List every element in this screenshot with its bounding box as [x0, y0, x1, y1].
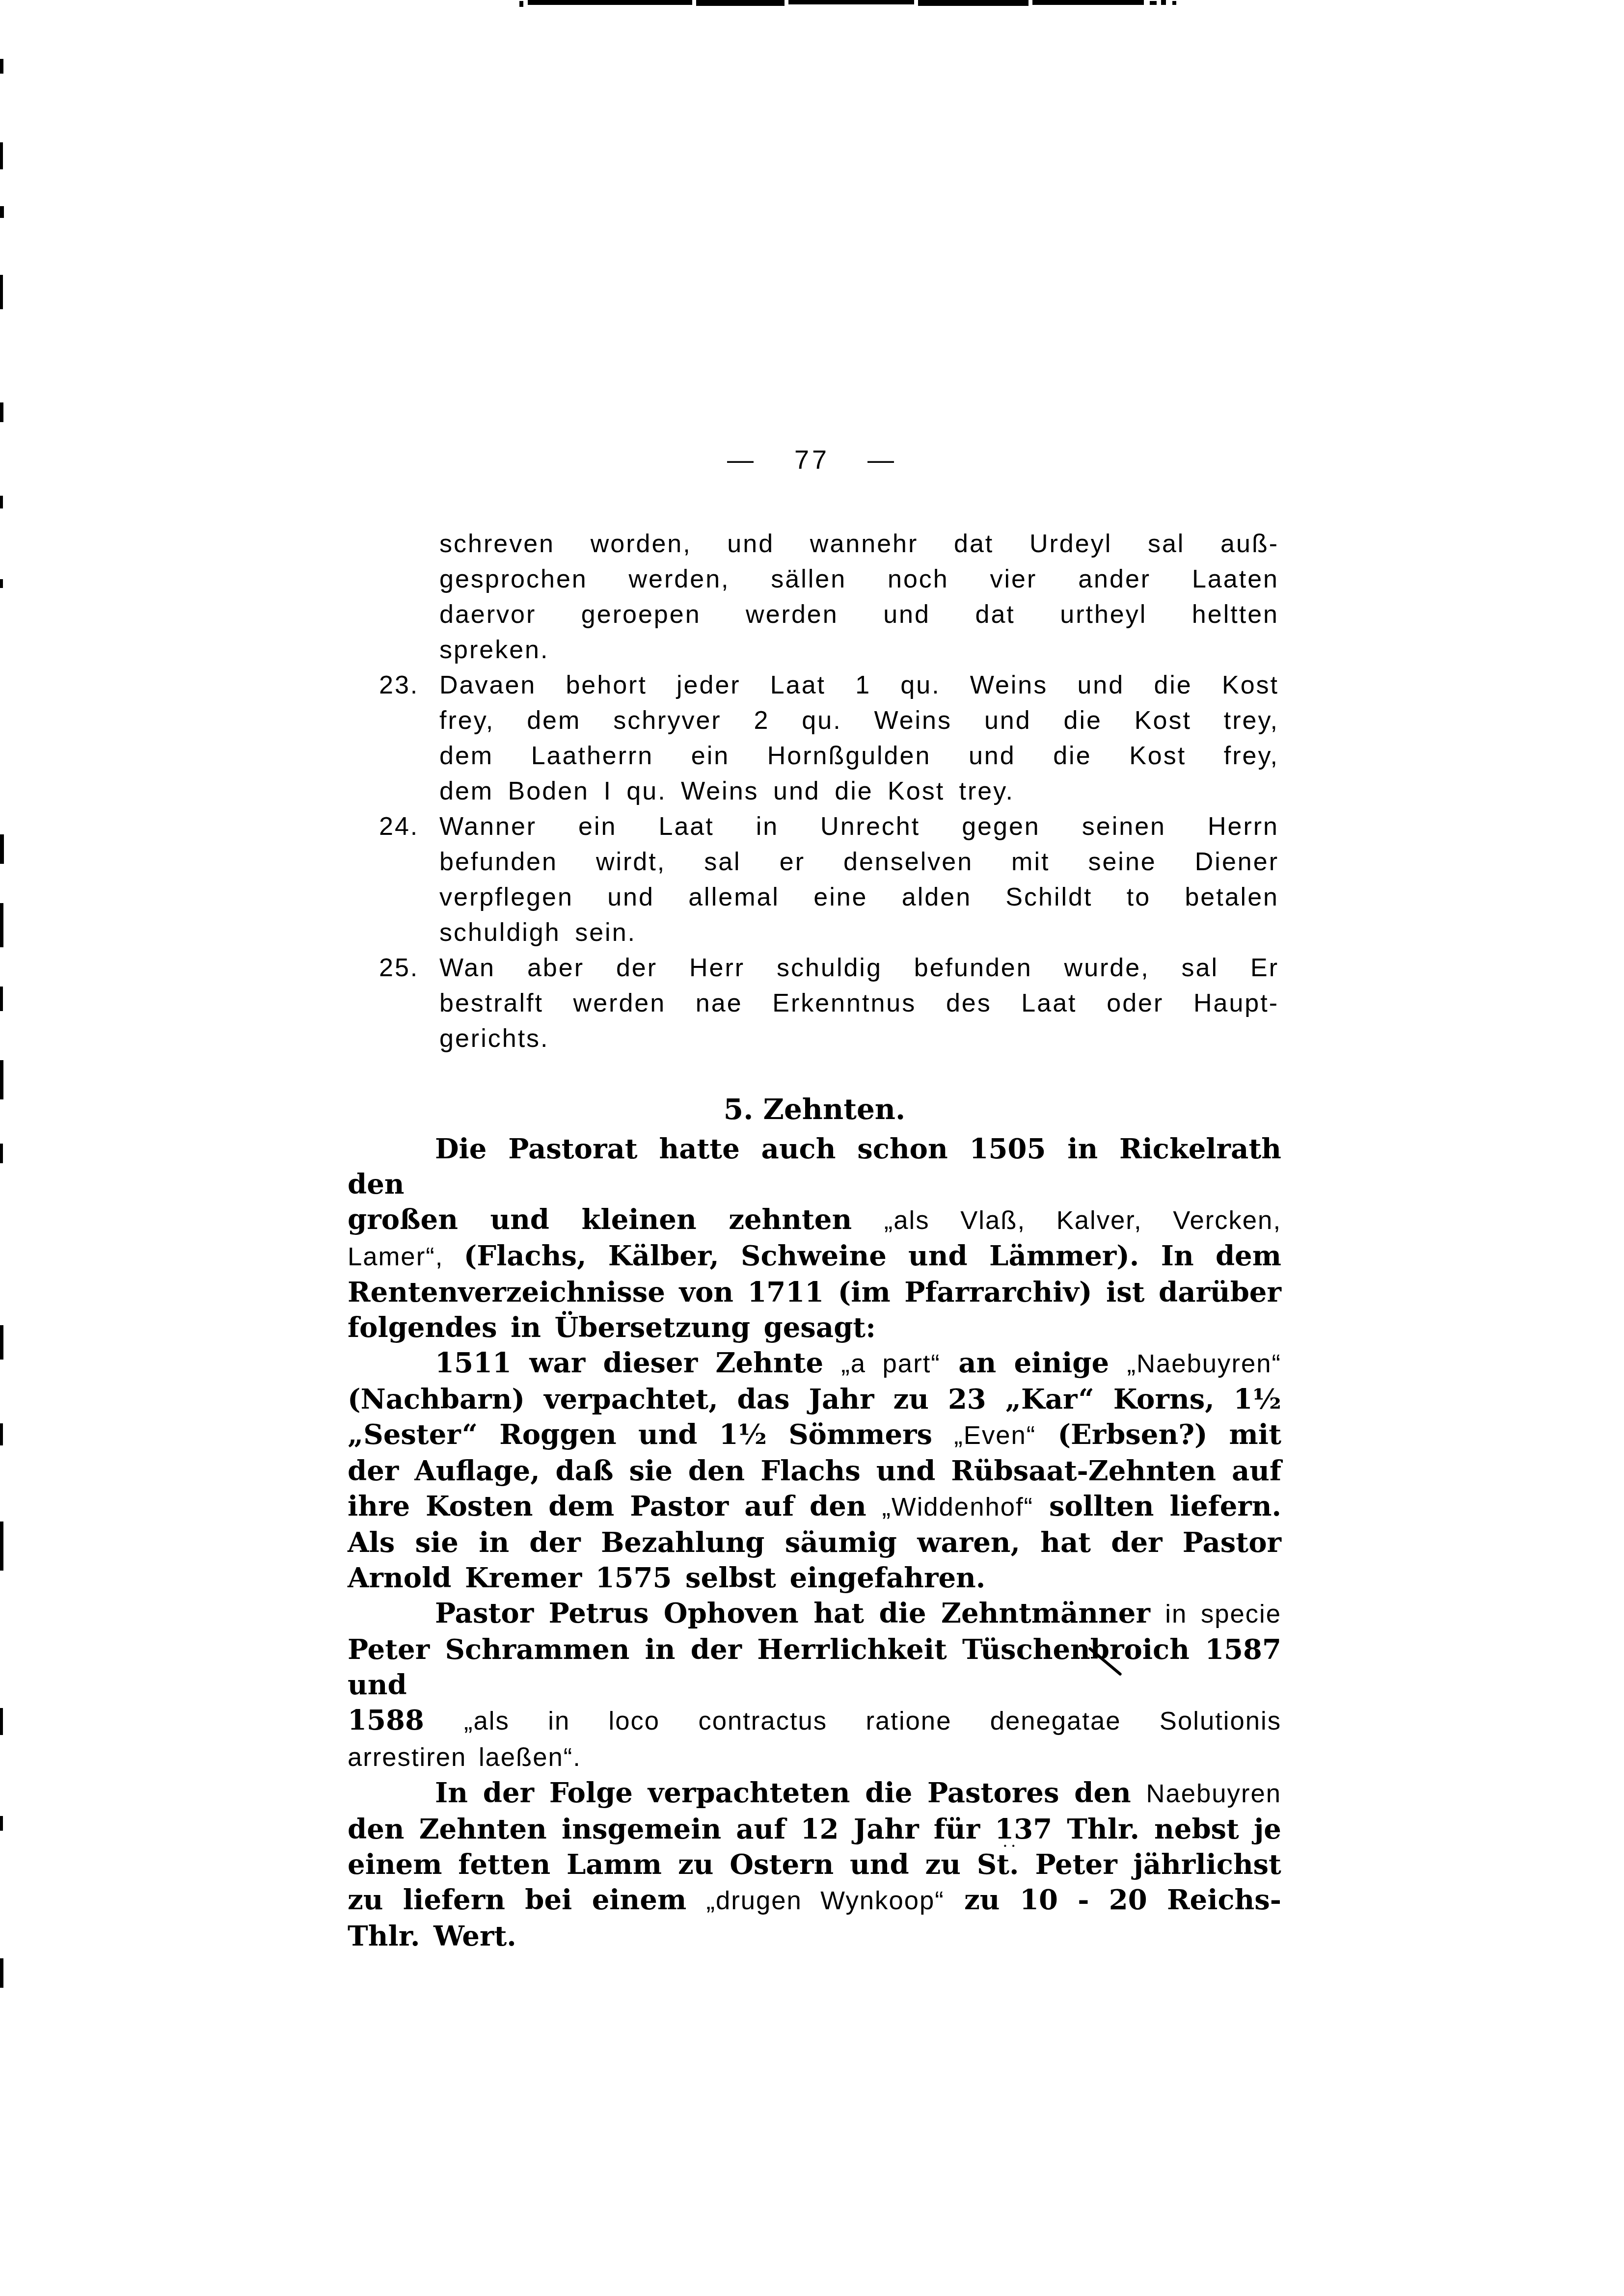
text-line: 1588 „als in loco contractus ratione den… — [348, 1703, 1281, 1739]
text-line: (Nachbarn) verpachtet, das Jahr zu 23 „K… — [348, 1382, 1281, 1417]
fraktur-segment: 1588 — [348, 1704, 464, 1736]
fraktur-segment: 1511 war dieser Zehnte — [435, 1347, 841, 1379]
text-line: schuldigh sein. — [439, 915, 1279, 950]
text-line: Pastor Petrus Ophoven hat die Zehntmänne… — [348, 1596, 1281, 1632]
antiqua-segment: arrestiren laeßen“. — [348, 1743, 581, 1772]
fraktur-segment: (Erbsen?) mit — [1036, 1418, 1281, 1451]
paragraph: In der Folge verpachteten die Pastores d… — [348, 1775, 1281, 1954]
scanned-book-page: — 77 — schreven worden, und wannehr dat … — [0, 0, 1624, 2296]
fraktur-segment: Arnold Kremer 1575 selbst eingefahren. — [348, 1562, 985, 1594]
page-number-header: — 77 — — [0, 443, 1624, 477]
text-line: Wanner ein Laat in Unrecht gegen seinen … — [439, 809, 1279, 844]
antiqua-segment: „Widdenhof“ — [882, 1493, 1033, 1522]
text-line: Als sie in der Bezahlung säumig waren, h… — [348, 1525, 1281, 1560]
fraktur-segment: zu 10 - 20 Reichs- — [945, 1884, 1281, 1916]
text-line: daervor geroepen werden und dat urtheyl … — [439, 597, 1279, 632]
fraktur-segment: Als sie in der Bezahlung säumig waren, h… — [348, 1526, 1281, 1559]
section-heading: 5. Zehnten. — [348, 1091, 1281, 1128]
text-line: In der Folge verpachteten die Pastores d… — [348, 1775, 1281, 1812]
antiqua-segment: „Even“ — [954, 1421, 1036, 1450]
list-item: schreven worden, und wannehr dat Urdeyl … — [379, 526, 1279, 667]
text-line: Thlr. Wert. — [348, 1919, 1281, 1954]
text-line: Lamer“, (Flachs, Kälber, Schweine und Lä… — [348, 1238, 1281, 1275]
text-line: frey, dem schryver 2 qu. Weins und die K… — [439, 703, 1279, 738]
text-line: folgendes in Übersetzung gesagt: — [348, 1310, 1281, 1345]
text-line: Wan aber der Herr schuldig befunden wurd… — [439, 950, 1279, 986]
fraktur-segment: sollten liefern. — [1033, 1490, 1281, 1522]
antiqua-segment: „a part“ — [841, 1349, 940, 1378]
fraktur-segment: einem fetten Lamm zu Ostern und zu St. P… — [348, 1848, 1281, 1881]
fraktur-segment: den Zehnten insgemein auf 12 Jahr für 13… — [348, 1813, 1281, 1845]
text-line: Die Pastorat hatte auch schon 1505 in Ri… — [348, 1131, 1281, 1202]
numbered-list: schreven worden, und wannehr dat Urdeyl … — [379, 526, 1279, 1056]
paragraph: 1511 war dieser Zehnte „a part“ an einig… — [348, 1345, 1281, 1596]
text-line: gesprochen werden, sällen noch vier ande… — [439, 561, 1279, 597]
text-line: arrestiren laeßen“. — [348, 1739, 1281, 1775]
item-number: 25. — [379, 950, 419, 986]
fraktur-segment: „Sester“ Roggen und 1½ Sömmers — [348, 1418, 954, 1451]
text-line: ihre Kosten dem Pastor auf den „Widdenho… — [348, 1489, 1281, 1525]
body-paragraphs: Die Pastorat hatte auch schon 1505 in Ri… — [348, 1131, 1281, 1954]
text-line: großen und kleinen zehnten „als Vlaß, Ka… — [348, 1202, 1281, 1238]
fraktur-segment: der Auflage, daß sie den Flachs und Rübs… — [348, 1455, 1281, 1487]
antiqua-segment: „als Vlaß, Kalver, Vercken, — [884, 1206, 1281, 1235]
list-item: 23.Davaen behort jeder Laat 1 qu. Weins … — [379, 667, 1279, 809]
list-item: 24.Wanner ein Laat in Unrecht gegen sein… — [379, 809, 1279, 950]
text-line: gerichts. — [439, 1021, 1279, 1056]
ink-dots-artifact: ·· — [1002, 1837, 1019, 1856]
antiqua-segment: Naebuyren — [1146, 1779, 1281, 1808]
text-line: dem Boden I qu. Weins und die Kost trey. — [439, 774, 1279, 809]
item-number: 23. — [379, 667, 419, 703]
fraktur-segment: Peter Schrammen in der Herrlichkeit Tüsc… — [348, 1633, 1281, 1701]
item-number: 24. — [379, 809, 419, 844]
fraktur-segment: (Flachs, Kälber, Schweine und Lämmer). I… — [464, 1240, 1281, 1272]
fraktur-segment: großen und kleinen zehnten — [348, 1203, 884, 1236]
text-line: bestralft werden nae Erkenntnus des Laat… — [439, 986, 1279, 1021]
antiqua-segment: Lamer“, — [348, 1242, 464, 1271]
text-line: Peter Schrammen in der Herrlichkeit Tüsc… — [348, 1632, 1281, 1703]
text-line: Davaen behort jeder Laat 1 qu. Weins und… — [439, 667, 1279, 703]
text-line: „Sester“ Roggen und 1½ Sömmers „Even“ (E… — [348, 1417, 1281, 1453]
fraktur-segment: Rentenverzeichnisse von 1711 (im Pfarrar… — [348, 1276, 1281, 1308]
paragraph: Die Pastorat hatte auch schon 1505 in Ri… — [348, 1131, 1281, 1345]
text-line: 1511 war dieser Zehnte „a part“ an einig… — [348, 1345, 1281, 1382]
fraktur-segment: zu liefern bei einem — [348, 1884, 706, 1916]
text-line: spreken. — [439, 632, 1279, 667]
antiqua-segment: „Naebuyren“ — [1127, 1349, 1282, 1378]
fraktur-segment: In der Folge verpachteten die Pastores d… — [435, 1777, 1146, 1809]
text-line: verpflegen und allemal eine alden Schild… — [439, 880, 1279, 915]
fraktur-segment: ihre Kosten dem Pastor auf den — [348, 1490, 882, 1522]
antiqua-segment: in specie — [1165, 1600, 1281, 1629]
fraktur-segment: Pastor Petrus Ophoven hat die Zehntmänne… — [435, 1597, 1165, 1629]
text-line: Arnold Kremer 1575 selbst eingefahren. — [348, 1560, 1281, 1596]
fraktur-segment: (Nachbarn) verpachtet, das Jahr zu 23 „K… — [348, 1383, 1281, 1415]
fraktur-segment: an einige — [941, 1347, 1127, 1379]
antiqua-segment: „als in loco contractus ratione denegata… — [464, 1707, 1281, 1735]
paragraph: Pastor Petrus Ophoven hat die Zehntmänne… — [348, 1596, 1281, 1775]
text-line: einem fetten Lamm zu Ostern und zu St. P… — [348, 1847, 1281, 1882]
fraktur-segment: Thlr. Wert. — [348, 1920, 516, 1952]
fraktur-segment: Die Pastorat hatte auch schon 1505 in Ri… — [348, 1133, 1281, 1201]
fraktur-segment: folgendes in Übersetzung gesagt: — [348, 1311, 876, 1344]
text-line: schreven worden, und wannehr dat Urdeyl … — [439, 526, 1279, 561]
text-line: den Zehnten insgemein auf 12 Jahr für 13… — [348, 1812, 1281, 1847]
text-line: Rentenverzeichnisse von 1711 (im Pfarrar… — [348, 1275, 1281, 1310]
list-item: 25.Wan aber der Herr schuldig befunden w… — [379, 950, 1279, 1056]
text-line: befunden wirdt, sal er denselven mit sei… — [439, 844, 1279, 880]
antiqua-segment: „drugen Wynkoop“ — [706, 1886, 944, 1915]
text-line: dem Laatherrn ein Hornßgulden und die Ko… — [439, 738, 1279, 774]
text-line: der Auflage, daß sie den Flachs und Rübs… — [348, 1453, 1281, 1489]
text-line: zu liefern bei einem „drugen Wynkoop“ zu… — [348, 1882, 1281, 1919]
